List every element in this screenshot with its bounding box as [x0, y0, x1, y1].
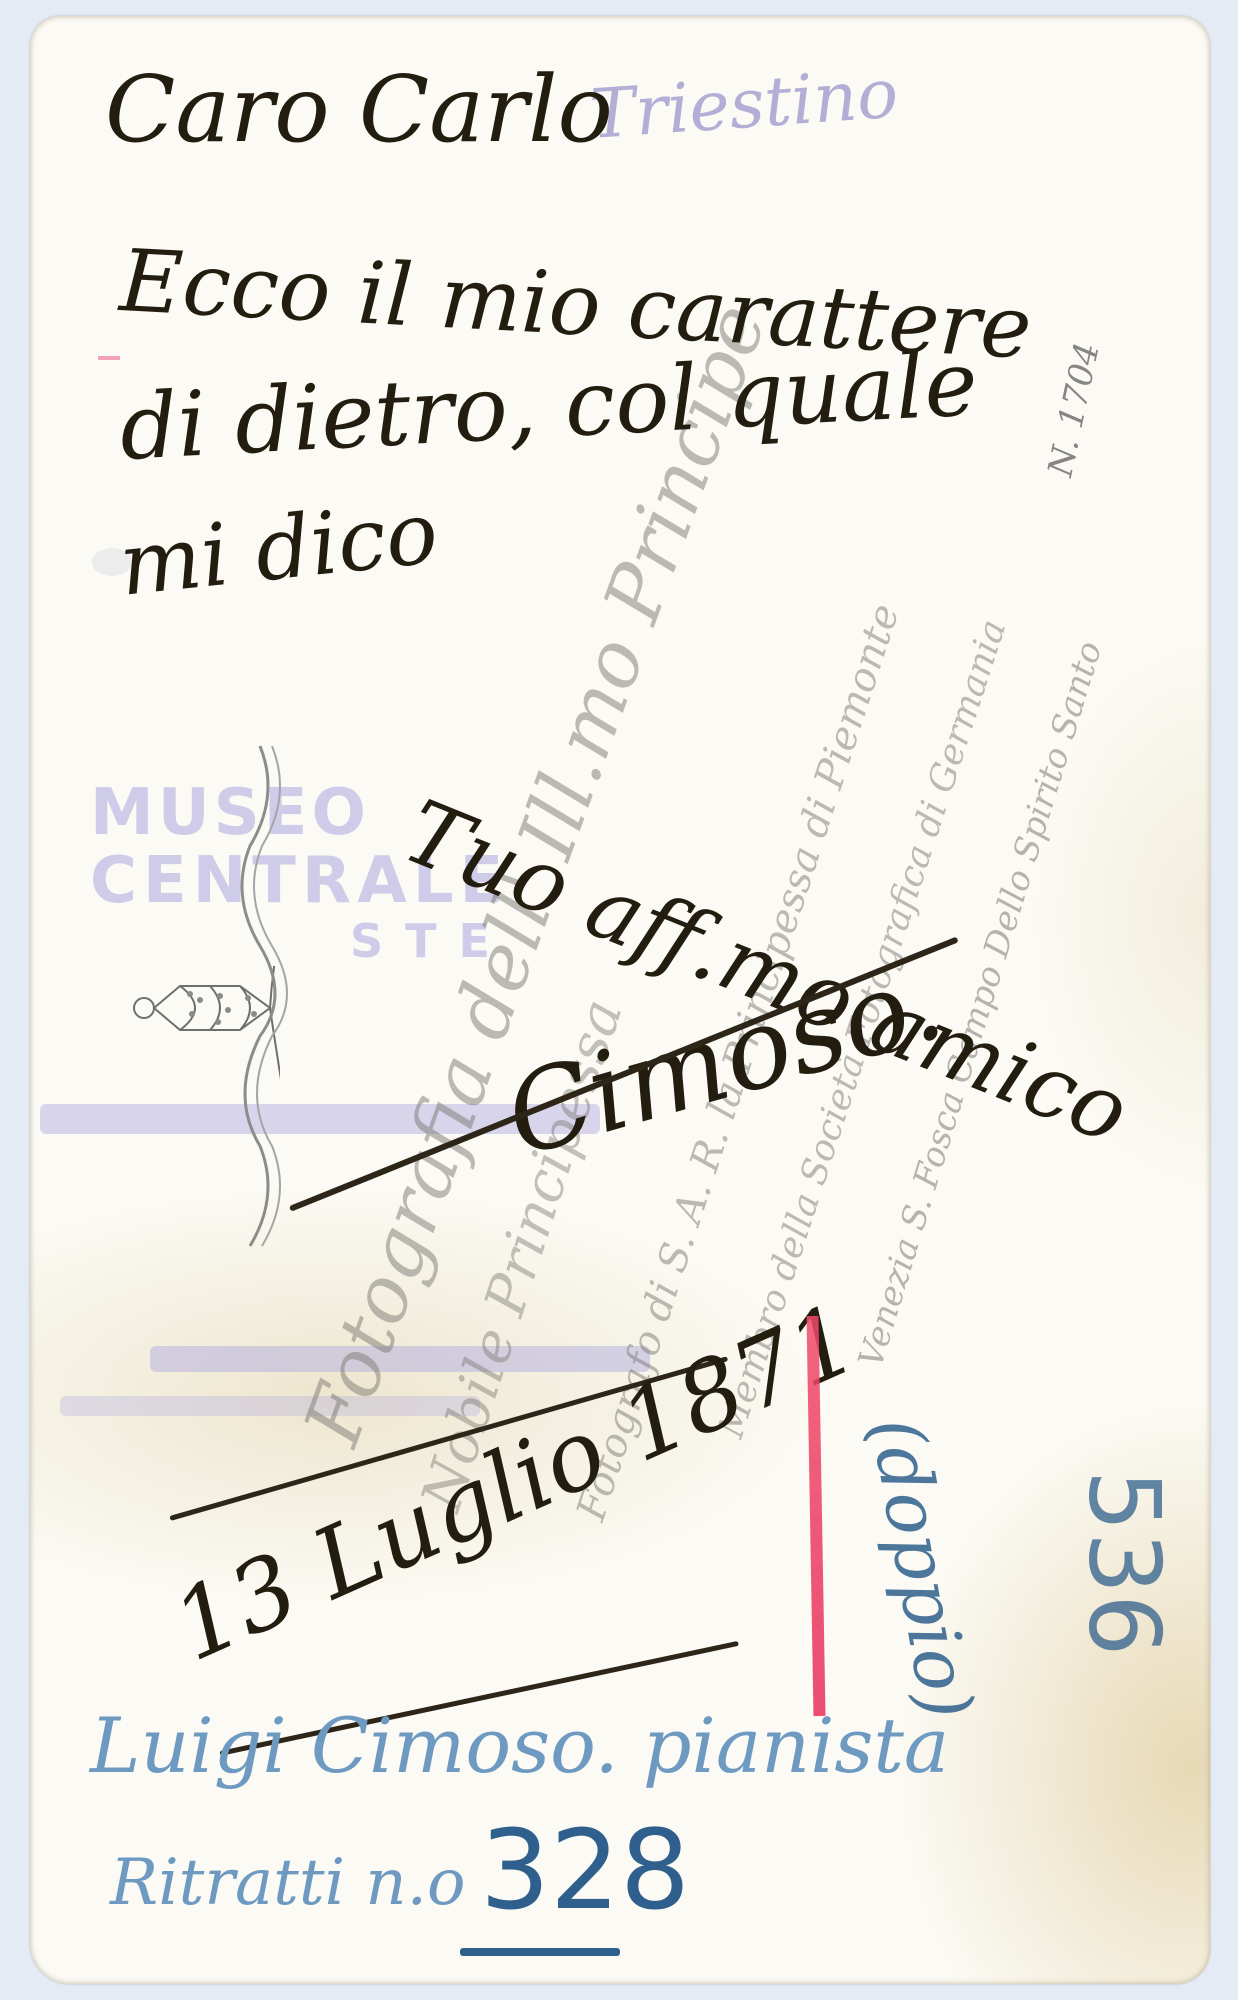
blue-number: 536 [1067, 1469, 1181, 1656]
photo-card-back: MUSEO CENTRALE STE Fotografia dell' Ill.… [30, 16, 1210, 1984]
stamp-bar [60, 1396, 480, 1416]
pink-mark [98, 356, 120, 360]
caption: Luigi Cimoso. pianista [90, 1701, 949, 1790]
catalog-label: Ritratti n.o [110, 1846, 465, 1920]
blue-note: (doppio) [854, 1411, 990, 1725]
ribbon-icon [220, 736, 300, 1256]
letter-line-2: di dietro, col quale [117, 331, 980, 481]
letter-line-3: mi dico [115, 483, 443, 616]
pencil-annotation: Triestino [587, 55, 900, 155]
corner-number: N. 1704 [1040, 339, 1107, 480]
salutation: Caro Carlo [105, 56, 613, 163]
catalog-number: 328 [480, 1806, 690, 1934]
catalog-underline [460, 1948, 620, 1956]
